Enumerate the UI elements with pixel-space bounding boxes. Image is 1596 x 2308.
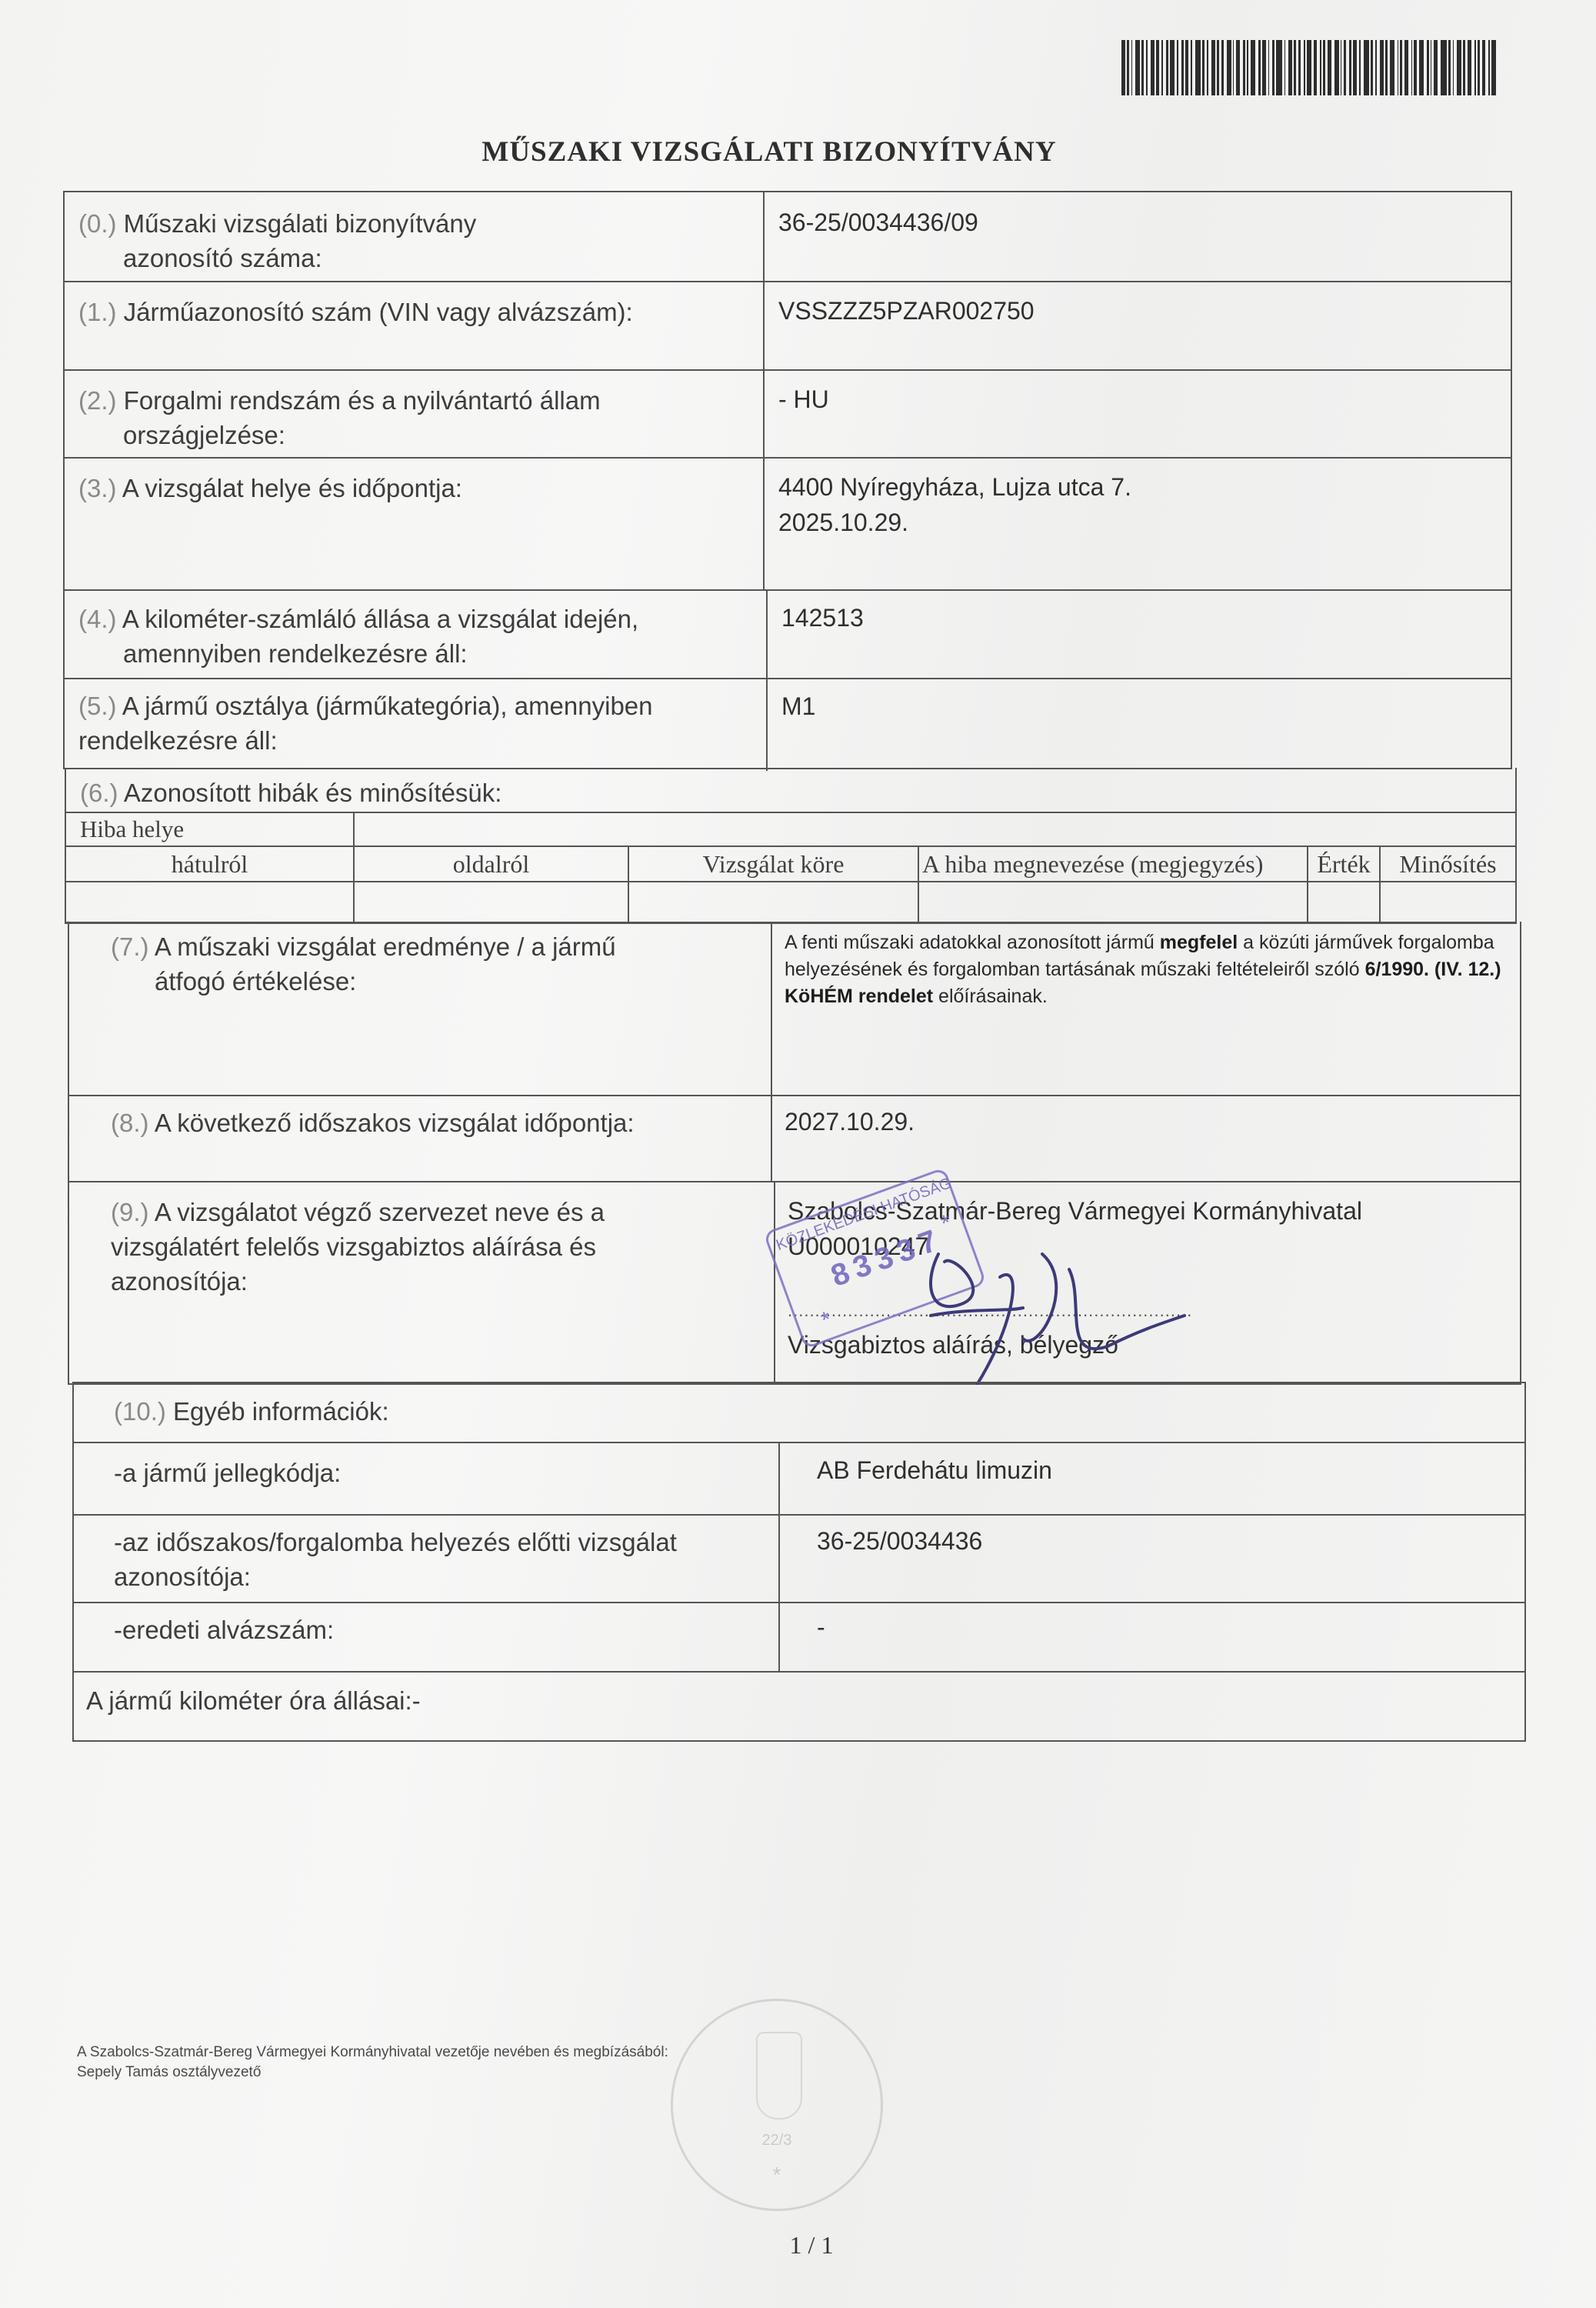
registration-value: - HU xyxy=(778,382,1511,417)
barcode xyxy=(1121,40,1498,95)
field-label: (2.) Forgalmi rendszám és a nyilvántartó… xyxy=(78,383,755,452)
field-row-2: (2.) Forgalmi rendszám és a nyilvántartó… xyxy=(65,369,1511,457)
other-info-heading-row: (10.) Egyéb információk: xyxy=(74,1383,1524,1442)
page-number: 1 / 1 xyxy=(769,2231,854,2260)
result-row: (7.) A műszaki vizsgálat eredménye / a j… xyxy=(69,922,1520,1095)
other-info-table: (10.) Egyéb információk: -a jármű jelleg… xyxy=(72,1382,1526,1742)
vehicle-body-code: AB Ferdehátu limuzin xyxy=(817,1453,1524,1488)
result-text: A fenti műszaki adatokkal azonosított já… xyxy=(785,929,1504,1010)
vin-value: VSSZZZ5PZAR002750 xyxy=(778,293,1511,329)
col-header: Érték xyxy=(1308,846,1380,882)
col-header: Minősítés xyxy=(1380,846,1516,882)
footer-signature-block: A Szabolcs-Szatmár-Bereg Vármegyei Kormá… xyxy=(77,2043,668,2083)
inspector-label: (9.) A vizsgálatot végző szervezet neve … xyxy=(111,1195,788,1299)
defects-table: Hiba helye hátulról oldalról Vizsgálat k… xyxy=(65,812,1517,924)
field-row-4: (4.) A kilométer-számláló állása a vizsg… xyxy=(65,589,1511,678)
defects-heading: (6.) Azonosított hibák és minősítésük: xyxy=(80,775,501,810)
field-label: (3.) A vizsgálat helye és időpontja: xyxy=(78,471,755,505)
field-row-1: (1.) Járműazonosító szám (VIN vagy alváz… xyxy=(65,281,1511,369)
field-row-3: (3.) A vizsgálat helye és időpontja: 440… xyxy=(65,457,1511,589)
inspection-place-date: 4400 Nyíregyháza, Lujza utca 7.2025.10.2… xyxy=(778,469,1511,540)
other-info-heading: (10.) Egyéb információk: xyxy=(114,1394,389,1429)
inspector-signature xyxy=(908,1231,1231,1385)
odometer-value: 142513 xyxy=(781,600,1511,635)
result-label: (7.) A műszaki vizsgálat eredménye / a j… xyxy=(111,929,803,999)
field-label: (0.) Műszaki vizsgálati bizonyítványazon… xyxy=(78,206,755,275)
field-row-0: (0.) Műszaki vizsgálati bizonyítványazon… xyxy=(65,192,1511,281)
table-row xyxy=(65,882,1516,923)
location-header: Hiba helye xyxy=(65,812,354,846)
col-header: Vizsgálat köre xyxy=(628,846,918,882)
other-info-row: -az időszakos/forgalomba helyezés előtti… xyxy=(74,1514,1524,1602)
field-label: (1.) Járműazonosító szám (VIN vagy alváz… xyxy=(78,295,755,329)
other-info-row: -eredeti alvázszám: - xyxy=(74,1602,1524,1671)
defects-header-row: hátulról oldalról Vizsgálat köre A hiba … xyxy=(65,846,1516,882)
vehicle-info-table: (0.) Műszaki vizsgálati bizonyítványazon… xyxy=(63,191,1512,769)
next-inspection-date: 2027.10.29. xyxy=(785,1104,1520,1139)
col-header: hátulról xyxy=(65,846,354,882)
vehicle-category-value: M1 xyxy=(781,689,1511,724)
other-info-row: -a jármű jellegkódja: AB Ferdehátu limuz… xyxy=(74,1442,1524,1514)
prior-inspection-id: 36-25/0034436 xyxy=(817,1523,1524,1559)
original-chassis-number: - xyxy=(817,1609,1524,1645)
field-label: (4.) A kilométer-számláló állása a vizsg… xyxy=(78,602,755,671)
odometer-history: A jármű kilométer óra állásai:- xyxy=(86,1683,421,1718)
col-header: A hiba megnevezése (megjegyzés) xyxy=(918,846,1308,882)
col-header: oldalról xyxy=(354,846,628,882)
certificate-id: 36-25/0034436/09 xyxy=(778,205,1511,240)
field-label: (5.) A jármű osztálya (járműkategória), … xyxy=(78,689,755,758)
official-seal: 22/3 * xyxy=(671,1999,883,2211)
next-inspection-label: (8.) A következő időszakos vizsgálat idő… xyxy=(111,1106,803,1140)
odometer-history-row: A jármű kilométer óra állásai:- xyxy=(74,1671,1524,1743)
field-row-5: (5.) A jármű osztálya (járműkategória), … xyxy=(65,678,1511,771)
document-title: MŰSZAKI VIZSGÁLATI BIZONYÍTVÁNY xyxy=(0,135,1538,168)
next-inspection-row: (8.) A következő időszakos vizsgálat idő… xyxy=(69,1095,1520,1181)
coat-of-arms-icon xyxy=(756,2032,802,2120)
